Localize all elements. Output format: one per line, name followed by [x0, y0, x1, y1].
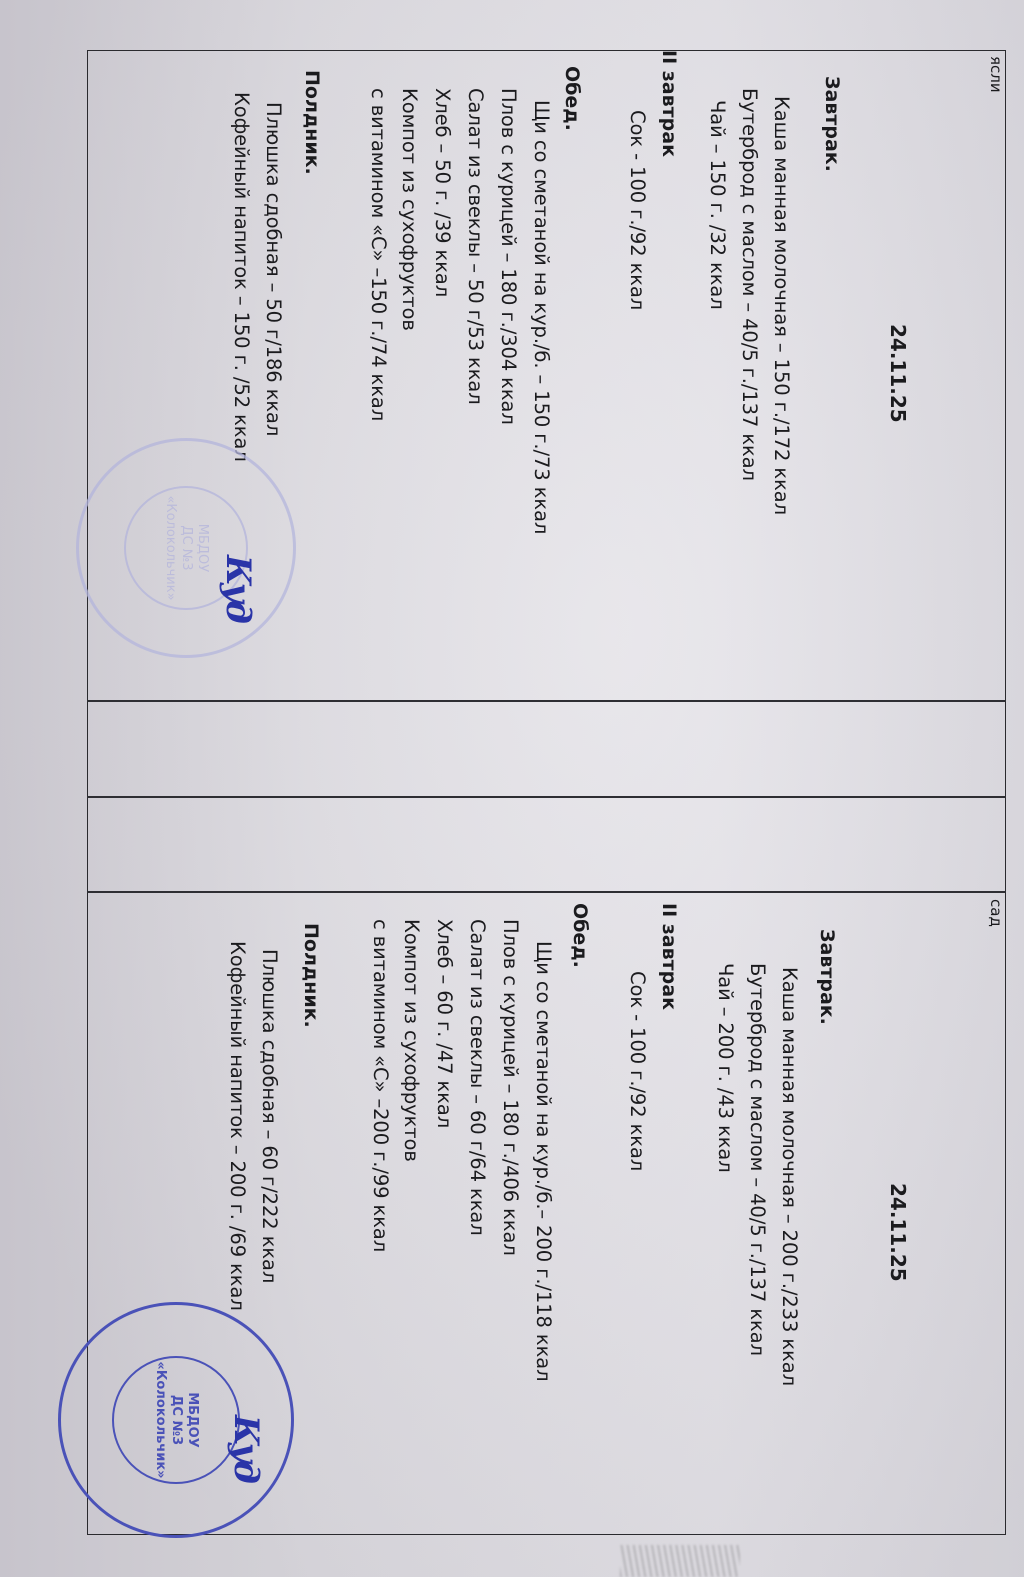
meal-item: Бутерброд с маслом – 40/5 г./137 ккал: [746, 963, 769, 1356]
official-stamp-faded: МБДОУ ДС №3 «Колокольчик»: [76, 438, 296, 658]
meal-heading-afternoon-snack: Полдник.: [300, 923, 322, 1028]
meal-item: Кофейный напиток – 150 г. /52 ккал: [230, 92, 253, 462]
menu-sheet: ясли 24.11.25 Завтрак. Каша манная молоч…: [87, 50, 1006, 1535]
meal-item: Плов с курицей – 180 г./406 ккал: [499, 919, 522, 1256]
stamp-line: «Колокольчик»: [162, 495, 178, 600]
meal-item: Чай – 200 г. /43 ккал: [714, 963, 737, 1173]
paper-smudge: [620, 1545, 740, 1577]
stamp-line: МБДОУ: [194, 524, 210, 572]
stamp-line: МБДОУ: [184, 1392, 200, 1448]
meal-item: с витамином «С» –200 г./99 ккал: [369, 919, 392, 1252]
meal-item: Компот из сухофруктов: [400, 919, 423, 1162]
meal-heading-lunch: Обед.: [561, 66, 583, 131]
stamp-line: ДС №3: [168, 1395, 184, 1445]
meal-heading-breakfast: Завтрак.: [821, 76, 843, 172]
meal-heading-afternoon-snack: Полдник.: [301, 70, 323, 175]
meal-item: Салат из свеклы – 50 г/53 ккал: [464, 88, 487, 405]
meal-item: Чай – 150 г. /32 ккал: [706, 100, 729, 310]
meal-item: Плов с курицей – 180 г./304 ккал: [497, 88, 520, 425]
signature: Куд: [226, 1415, 266, 1481]
menu-date: 24.11.25: [886, 324, 910, 423]
meal-item: Щи со сметаной на кур./б. – 150 г./73 кк…: [530, 100, 553, 534]
meal-item: Кофейный напиток – 200 г. /69 ккал: [226, 941, 249, 1311]
meal-item: Плюшка сдобная – 60 г/222 ккал: [258, 949, 281, 1283]
menu-date: 24.11.25: [886, 1183, 910, 1282]
stamp-line: «Колокольчик»: [152, 1361, 168, 1478]
section-label: сад: [987, 899, 1005, 927]
meal-item: Салат из свеклы – 60 г/64 ккал: [466, 919, 489, 1236]
meal-item: Бутерброд с маслом – 40/5 г./137 ккал: [738, 88, 761, 481]
meal-item: Сок - 100 г./92 ккал: [626, 110, 649, 310]
empty-column: [87, 796, 1006, 891]
meal-item: Плюшка сдобная – 50 г/186 ккал: [262, 102, 285, 436]
section-label: ясли: [987, 56, 1005, 93]
meal-item: с витамином «С» –150 г./74 ккал: [367, 88, 390, 421]
meal-heading-second-breakfast: II завтрак: [658, 50, 680, 157]
stamp-center: МБДОУ ДС №3 «Колокольчик»: [112, 1356, 240, 1484]
meal-item: Хлеб – 50 г. /39 ккал: [431, 88, 454, 297]
meal-heading-breakfast: Завтрак.: [816, 929, 838, 1025]
meal-item: Щи со сметаной на кур./б.– 200 г./118 кк…: [532, 941, 555, 1382]
meal-item: Компот из сухофруктов: [398, 88, 421, 331]
meal-item: Хлеб – 60 г. /47 ккал: [433, 919, 456, 1128]
empty-column: [87, 700, 1006, 796]
meal-heading-lunch: Обед.: [569, 903, 591, 968]
meal-item: Сок - 100 г./92 ккал: [626, 971, 649, 1171]
stamp-line: ДС №3: [178, 525, 194, 570]
meal-item: Каша манная молочная – 200 г./233 ккал: [778, 967, 801, 1386]
meal-heading-second-breakfast: II завтрак: [658, 903, 680, 1010]
signature: Куд: [218, 555, 258, 621]
meal-item: Каша манная молочная – 150 г./172 ккал: [770, 96, 793, 515]
